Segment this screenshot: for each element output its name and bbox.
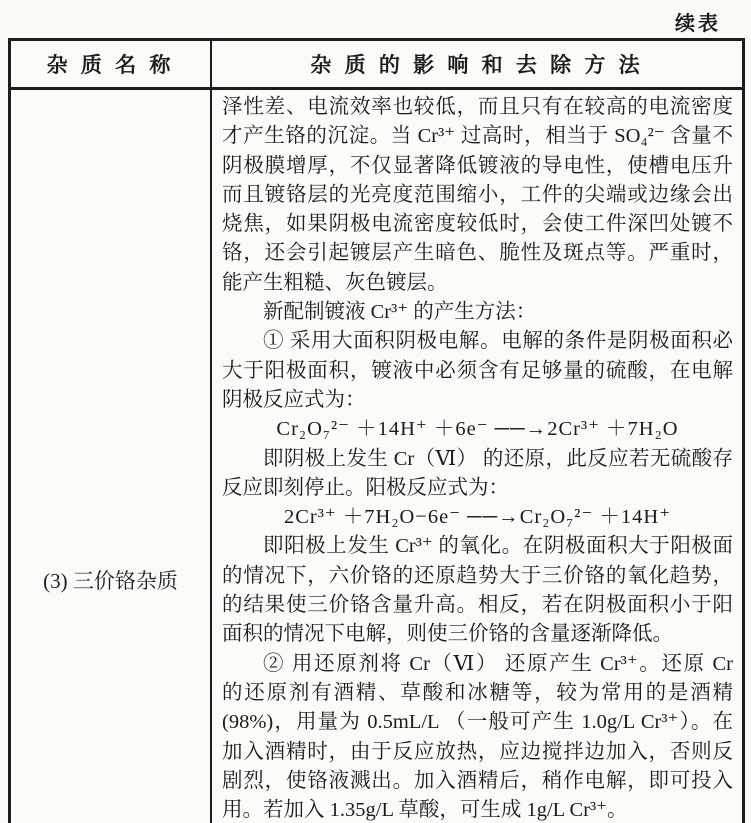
text-line: 的情况下，六价铬的还原趋势大于三价铬的氧化趋势，总 — [222, 562, 733, 591]
header-impurity-effects: 杂 质 的 影 响 和 去 除 方 法 — [212, 41, 742, 87]
text-line: 新配制镀液 Cr³⁺ 的产生方法： — [222, 298, 733, 327]
text-line: 泽性差、电流效率也较低，而且只有在较高的电流密度下 — [222, 93, 733, 122]
continued-table-label: 续表 — [675, 7, 721, 36]
text-line: 而且镀铬层的光亮度范围缩小，工件的尖端或边缘会出现 — [222, 181, 733, 210]
text-line: 阴极反应式为： — [222, 386, 733, 415]
text-line: 烧焦，如果阴极电流密度较低时，会使工件深凹处镀不上 — [222, 210, 733, 239]
text-line: 剧烈，使铬液溅出。加入酒精后，稍作电解，即可投入使 — [222, 767, 733, 796]
cell-impurity-effects: 泽性差、电流效率也较低，而且只有在较高的电流密度下 才产生铬的沉淀。当 Cr³⁺… — [212, 90, 742, 823]
chemical-equation-line: Cr₂O₇²⁻ ＋14H⁺ ＋6e⁻ ──→2Cr³⁺ ＋7H₂O — [222, 415, 733, 444]
impurity-name-text: (3) 三价铬杂质 — [43, 565, 178, 595]
chemical-equation-line: 2Cr³⁺ ＋7H₂O−6e⁻ ──→Cr₂O₇²⁻ ＋14H⁺ — [222, 503, 733, 532]
text-line: 即阳极上发生 Cr³⁺ 的氧化。在阴极面积大于阳极面积 — [222, 532, 733, 561]
text-line: 能产生粗糙、灰色镀层。 — [222, 269, 733, 298]
text-line: 加入酒精时，由于反应放热，应边搅拌边加入，否则反应 — [222, 738, 733, 767]
text-line: ① 采用大面积阴极电解。电解的条件是阴极面积必须 — [222, 327, 733, 356]
table-header-row: 杂 质 名 称 杂 质 的 影 响 和 去 除 方 法 — [11, 41, 742, 90]
text-line: ② 用还原剂将 Cr（Ⅵ） 还原产生 Cr³⁺。还原 Cr（Ⅵ） — [222, 650, 733, 679]
text-line: 的结果使三价铬含量升高。相反，若在阴极面积小于阳极 — [222, 591, 733, 620]
text-line: 的还原剂有酒精、草酸和冰糖等，较为常用的是酒精 — [222, 679, 733, 708]
text-line: 大于阳极面积，镀液中必须含有足够量的硫酸，在电解时， — [222, 357, 733, 386]
text-line: (98%)，用量为 0.5mL/L （一般可产生 1.0g/L Cr³⁺）。在 — [222, 708, 733, 737]
text-line: 阴极膜增厚，不仅显著降低镀液的导电性，使槽电压升高， — [222, 152, 733, 181]
text-line: 铬，还会引起镀层产生暗色、脆性及斑点等。严重时，只 — [222, 239, 733, 268]
cell-impurity-name: (3) 三价铬杂质 — [11, 90, 212, 823]
table-body-row: (3) 三价铬杂质 泽性差、电流效率也较低，而且只有在较高的电流密度下 才产生铬… — [11, 90, 742, 823]
text-line: 面积的情况下电解，则使三价铬的含量逐渐降低。 — [222, 620, 733, 649]
header-impurity-name: 杂 质 名 称 — [11, 41, 212, 87]
text-line: 才产生铬的沉淀。当 Cr³⁺ 过高时，相当于 SO₄²⁻ 含量不足， — [222, 122, 733, 151]
impurities-table: 杂 质 名 称 杂 质 的 影 响 和 去 除 方 法 (3) 三价铬杂质 泽性… — [8, 38, 745, 823]
text-line: 用。若加入 1.35g/L 草酸，可生成 1g/L Cr³⁺。 — [222, 796, 733, 823]
text-line: 即阴极上发生 Cr（Ⅵ） 的还原，此反应若无硫酸存在， — [222, 445, 733, 474]
scanned-book-page: 续表 杂 质 名 称 杂 质 的 影 响 和 去 除 方 法 (3) 三价铬杂质… — [0, 0, 751, 823]
text-line: 反应即刻停止。阳极反应式为： — [222, 474, 733, 503]
